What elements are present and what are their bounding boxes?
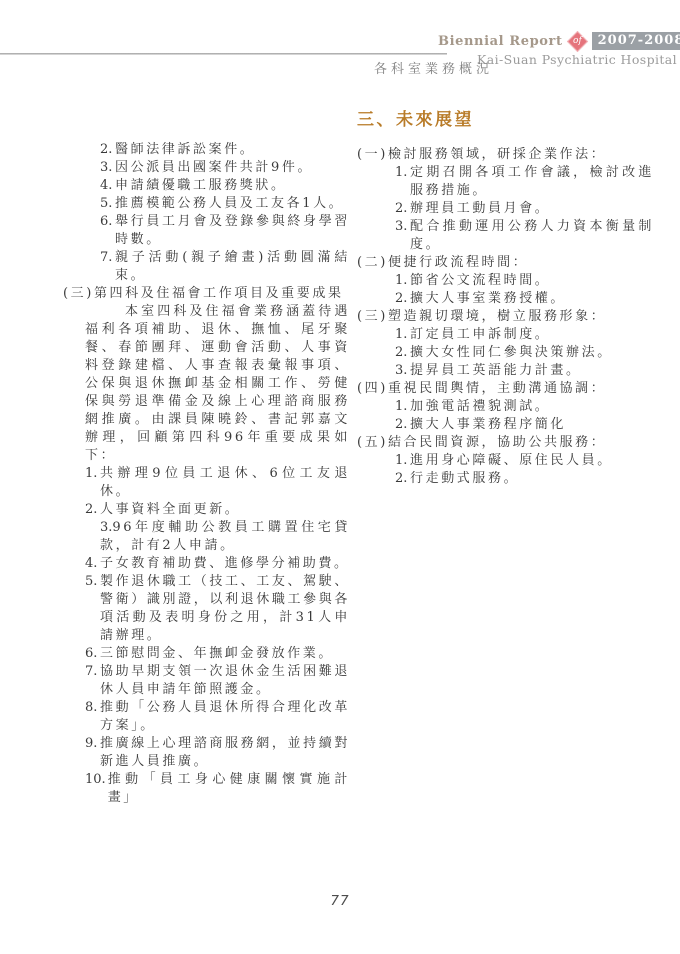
section-item: 1. 加強電話禮貌測試。 [395, 398, 654, 416]
item-number: 4. [100, 177, 115, 195]
result-item: 3.96年度輔助公教員工購置住宅貸款，計有2人申請。 [100, 519, 350, 555]
report-page: Biennial Report of 2007-2008 Kai-Suan Ps… [0, 0, 680, 954]
item-text: 醫師法律訴訟案件。 [115, 141, 350, 159]
section-item: 1. 節省公文流程時間。 [395, 272, 654, 290]
list-item: 6. 舉行員工月會及登錄參與終身學習時數。 [100, 213, 350, 249]
item-text: 擴大人事室業務授權。 [410, 290, 654, 308]
item-number: 8. [85, 699, 100, 717]
item-text: 因公派員出國案件共計9件。 [115, 159, 350, 177]
item-number: 7. [100, 249, 115, 267]
section-label: (四)重視民間輿情，主動溝通協調： [357, 380, 654, 398]
item-number: 2. [395, 470, 410, 488]
section-item: 1. 進用身心障礙、原住民人員。 [395, 452, 654, 470]
header-english-title: Biennial Report of 2007-2008 [438, 32, 680, 50]
result-item: 1. 共辦理9位員工退休、6位工友退休。 [85, 465, 350, 501]
chapter-title-chinese: 各科室業務概況 [374, 58, 493, 77]
item-number: 9. [85, 735, 100, 753]
section-item: 1. 定期召開各項工作會議，檢討改進服務措施。 [395, 164, 654, 200]
report-years-badge: 2007-2008 [592, 32, 680, 50]
result-item: 5. 製作退休職工（技工、工友、駕駛、警衛）識別證，以利退休職工參與各項活動及表… [85, 573, 350, 645]
item-number: 5. [85, 573, 100, 591]
section-label: (五)結合民間資源，協助公共服務： [357, 434, 654, 452]
item-number: 6. [85, 645, 100, 663]
item-text: 人事資料全面更新。 [100, 501, 350, 519]
list-item: 3. 因公派員出國案件共計9件。 [100, 159, 350, 177]
item-number: 2. [395, 200, 410, 218]
item-number: 4. [85, 555, 100, 573]
item-text: 擴大人事業務程序簡化 [410, 416, 654, 434]
item-text: 子女教育補助費、進修學分補助費。 [100, 555, 350, 573]
section-item: 1. 訂定員工申訴制度。 [395, 326, 654, 344]
result-item: 9. 推廣線上心理諮商服務網，並持續對新進人員推廣。 [85, 735, 350, 771]
item-text: 親子活動(親子繪畫)活動圓滿結束。 [115, 249, 350, 285]
item-number: 3. [395, 218, 410, 236]
item-number: 1. [395, 326, 410, 344]
item-number: 1. [395, 272, 410, 290]
section-label: (二)便捷行政流程時間： [357, 254, 654, 272]
item-text: 製作退休職工（技工、工友、駕駛、警衛）識別證，以利退休職工參與各項活動及表明身份… [100, 573, 350, 645]
item-text: 96年度輔助公教員工購置住宅貸款，計有2人申請。 [100, 520, 350, 553]
section-label: (三)塑造親切環境，樹立服務形象： [357, 308, 654, 326]
result-item: 8. 推動「公務人員退休所得合理化改革方案」。 [85, 699, 350, 735]
right-column: 三、未來展望 (一)檢討服務領域，研採企業作法： 1. 定期召開各項工作會議，檢… [357, 109, 654, 488]
section-item: 2. 擴大女性同仁參與決策辦法。 [395, 344, 654, 362]
item-text: 舉行員工月會及登錄參與終身學習時數。 [115, 213, 350, 249]
report-title: Biennial Report [438, 34, 563, 49]
result-item: 2. 人事資料全面更新。 [85, 501, 350, 519]
hospital-name: Kai-Suan Psychiatric Hospital [477, 52, 677, 67]
left-column: 2. 醫師法律訴訟案件。 3. 因公派員出國案件共計9件。 4. 申請績優職工服… [63, 141, 350, 807]
item-number: 1. [85, 465, 100, 483]
item-number: 2. [100, 141, 115, 159]
item-number: 2. [85, 501, 100, 519]
item-text: 推動「公務人員退休所得合理化改革方案」。 [100, 699, 350, 735]
item-text: 加強電話禮貌測試。 [410, 398, 654, 416]
section-item: 3. 配合推動運用公務人力資本衡量制度。 [395, 218, 654, 254]
section-item: 3. 提昇員工英語能力計畫。 [395, 362, 654, 380]
item-text: 三節慰問金、年撫卹金發放作業。 [100, 645, 350, 663]
header-divider-line [0, 53, 447, 55]
section-item: 2. 辦理員工動員月會。 [395, 200, 654, 218]
item-number: 1. [395, 398, 410, 416]
item-text: 辦理員工動員月會。 [410, 200, 654, 218]
section-item: 2. 行走動式服務。 [395, 470, 654, 488]
result-item: 7. 協助早期支領一次退休金生活困難退休人員申請年節照護金。 [85, 663, 350, 699]
item-number: 3. [100, 520, 112, 535]
item-text: 配合推動運用公務人力資本衡量制度。 [410, 218, 654, 254]
item-number: 1. [395, 164, 410, 182]
item-text: 定期召開各項工作會議，檢討改進服務措施。 [410, 164, 654, 200]
section-label: (一)檢討服務領域，研採企業作法： [357, 146, 654, 164]
of-label: of [573, 37, 582, 46]
list-item: 2. 醫師法律訴訟案件。 [100, 141, 350, 159]
item-text: 提昇員工英語能力計畫。 [410, 362, 654, 380]
page-number: 77 [0, 893, 680, 909]
item-number: 3. [395, 362, 410, 380]
item-number: 3. [100, 159, 115, 177]
result-item: 4. 子女教育補助費、進修學分補助費。 [85, 555, 350, 573]
section-item: 2. 擴大人事室業務授權。 [395, 290, 654, 308]
future-outlook-heading: 三、未來展望 [357, 109, 654, 131]
item-text: 節省公文流程時間。 [410, 272, 654, 290]
item-number: 2. [395, 290, 410, 308]
list-item: 5. 推薦模範公務人員及工友各1人。 [100, 195, 350, 213]
item-text: 推動「員工身心健康關懷實施計畫」 [108, 771, 350, 807]
item-number: 6. [100, 213, 115, 231]
item-text: 擴大女性同仁參與決策辦法。 [410, 344, 654, 362]
of-diamond-badge: of [567, 30, 588, 51]
item-number: 2. [395, 344, 410, 362]
item-number: 2. [395, 416, 410, 434]
section-three-heading: (三)第四科及住福會工作項目及重要成果 [63, 285, 350, 303]
item-text: 共辦理9位員工退休、6位工友退休。 [100, 465, 350, 501]
item-number: 5. [100, 195, 115, 213]
item-number: 7. [85, 663, 100, 681]
item-number: 10. [85, 771, 108, 789]
result-item: 10. 推動「員工身心健康關懷實施計畫」 [85, 771, 350, 807]
item-text: 協助早期支領一次退休金生活困難退休人員申請年節照護金。 [100, 663, 350, 699]
list-item: 4. 申請績優職工服務獎狀。 [100, 177, 350, 195]
section-three-paragraph: 本室四科及住福會業務涵蓋待遇福利各項補助、退休、撫恤、尾牙聚餐、春節團拜、運動會… [85, 303, 350, 465]
list-item: 7. 親子活動(親子繪畫)活動圓滿結束。 [100, 249, 350, 285]
item-text: 進用身心障礙、原住民人員。 [410, 452, 654, 470]
item-text: 行走動式服務。 [410, 470, 654, 488]
item-text: 申請績優職工服務獎狀。 [115, 177, 350, 195]
item-text: 推廣線上心理諮商服務網，並持續對新進人員推廣。 [100, 735, 350, 771]
result-item: 6. 三節慰問金、年撫卹金發放作業。 [85, 645, 350, 663]
item-text: 訂定員工申訴制度。 [410, 326, 654, 344]
item-number: 1. [395, 452, 410, 470]
item-text: 推薦模範公務人員及工友各1人。 [115, 195, 350, 213]
section-item: 2. 擴大人事業務程序簡化 [395, 416, 654, 434]
